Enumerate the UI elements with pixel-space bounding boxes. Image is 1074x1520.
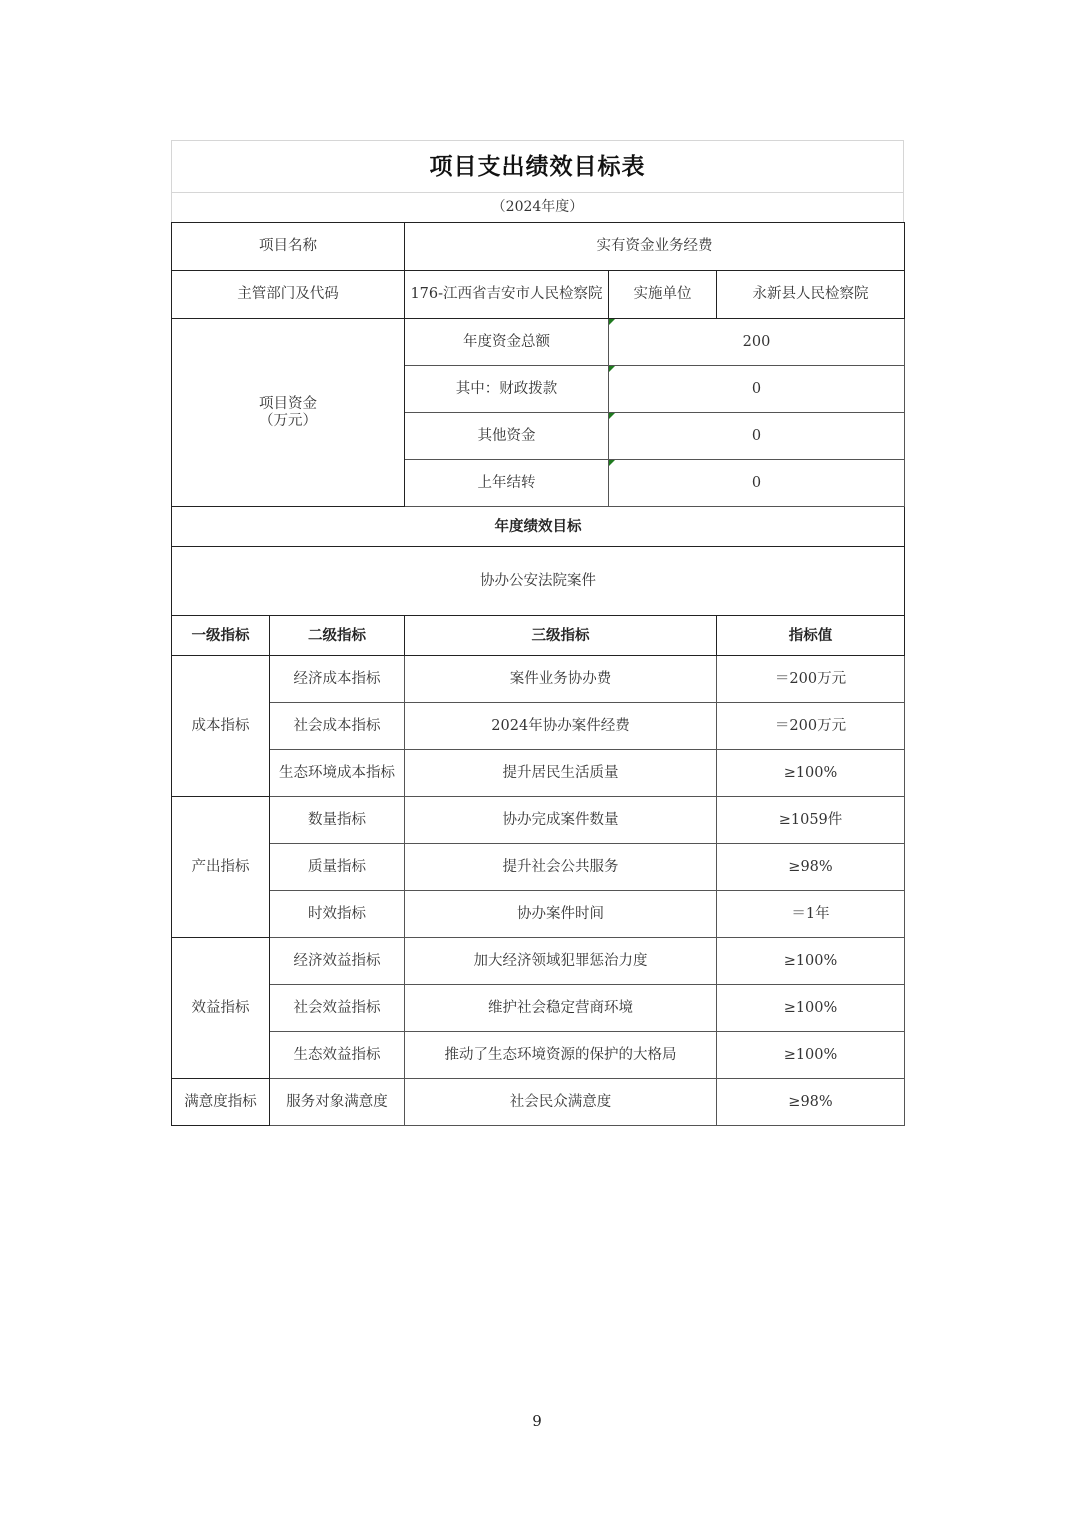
level1-satisfaction: 满意度指标	[172, 1079, 270, 1126]
level3-cell: 推动了生态环境资源的保护的大格局	[405, 1032, 717, 1079]
level2-cell: 经济成本指标	[270, 656, 405, 703]
level2-cell: 社会效益指标	[270, 985, 405, 1032]
value-cell: ≥98%	[717, 1079, 905, 1126]
project-info-table: 项目名称 实有资金业务经费 主管部门及代码 176-江西省吉安市人民检察院 实施…	[171, 222, 905, 616]
indicators-header-row: 一级指标 二级指标 三级指标 指标值	[172, 616, 905, 656]
document-title: 项目支出绩效目标表	[172, 141, 903, 193]
funds-item-label: 其中：财政拨款	[405, 366, 609, 413]
level2-cell: 时效指标	[270, 891, 405, 938]
level2-cell: 社会成本指标	[270, 703, 405, 750]
goal-header: 年度绩效目标	[172, 507, 905, 547]
department-value: 176-江西省吉安市人民检察院	[405, 271, 609, 319]
level3-cell: 2024年协办案件经费	[405, 703, 717, 750]
table-row: 社会效益指标 维护社会稳定营商环境 ≥100%	[172, 985, 905, 1032]
table-row: 时效指标 协办案件时间 ＝1年	[172, 891, 905, 938]
level2-cell: 质量指标	[270, 844, 405, 891]
project-name-row: 项目名称 实有资金业务经费	[172, 223, 905, 271]
table-row: 质量指标 提升社会公共服务 ≥98%	[172, 844, 905, 891]
funds-unit-text: （万元）	[176, 413, 400, 430]
funds-row-total: 项目资金 （万元） 年度资金总额 200	[172, 319, 905, 366]
funds-item-value: 0	[609, 460, 905, 507]
value-cell: ≥98%	[717, 844, 905, 891]
value-cell: ≥100%	[717, 938, 905, 985]
table-row: 生态环境成本指标 提升居民生活质量 ≥100%	[172, 750, 905, 797]
header-level2: 二级指标	[270, 616, 405, 656]
department-label: 主管部门及代码	[172, 271, 405, 319]
funds-item-label: 年度资金总额	[405, 319, 609, 366]
table-row: 效益指标 经济效益指标 加大经济领域犯罪惩治力度 ≥100%	[172, 938, 905, 985]
header-level1: 一级指标	[172, 616, 270, 656]
implementer-label: 实施单位	[609, 271, 717, 319]
value-cell: ≥100%	[717, 750, 905, 797]
fiscal-year: （2024年度）	[172, 193, 903, 222]
level1-benefit: 效益指标	[172, 938, 270, 1079]
title-block: 项目支出绩效目标表 （2024年度）	[171, 140, 904, 222]
level3-cell: 协办完成案件数量	[405, 797, 717, 844]
level3-cell: 加大经济领域犯罪惩治力度	[405, 938, 717, 985]
level3-cell: 维护社会稳定营商环境	[405, 985, 717, 1032]
level3-cell: 社会民众满意度	[405, 1079, 717, 1126]
department-row: 主管部门及代码 176-江西省吉安市人民检察院 实施单位 永新县人民检察院	[172, 271, 905, 319]
level1-output: 产出指标	[172, 797, 270, 938]
header-value: 指标值	[717, 616, 905, 656]
level3-cell: 协办案件时间	[405, 891, 717, 938]
header-level3: 三级指标	[405, 616, 717, 656]
goal-text-row: 协办公安法院案件	[172, 547, 905, 616]
funds-label: 项目资金 （万元）	[172, 319, 405, 507]
table-row: 生态效益指标 推动了生态环境资源的保护的大格局 ≥100%	[172, 1032, 905, 1079]
project-name-label: 项目名称	[172, 223, 405, 271]
funds-item-value: 200	[609, 319, 905, 366]
table-row: 产出指标 数量指标 协办完成案件数量 ≥1059件	[172, 797, 905, 844]
page-number: 9	[0, 1412, 1074, 1430]
funds-label-text: 项目资金	[176, 396, 400, 413]
table-row: 成本指标 经济成本指标 案件业务协办费 ＝200万元	[172, 656, 905, 703]
performance-target-sheet: 项目支出绩效目标表 （2024年度） 项目名称 实有资金业务经费 主管部门及代码…	[171, 140, 904, 1126]
level3-cell: 提升社会公共服务	[405, 844, 717, 891]
project-name-value: 实有资金业务经费	[405, 223, 905, 271]
level2-cell: 服务对象满意度	[270, 1079, 405, 1126]
value-cell: ＝200万元	[717, 703, 905, 750]
value-cell: ≥1059件	[717, 797, 905, 844]
goal-text: 协办公安法院案件	[172, 547, 905, 616]
goal-header-row: 年度绩效目标	[172, 507, 905, 547]
implementer-value: 永新县人民检察院	[717, 271, 905, 319]
level3-cell: 案件业务协办费	[405, 656, 717, 703]
level2-cell: 生态效益指标	[270, 1032, 405, 1079]
value-cell: ＝200万元	[717, 656, 905, 703]
document-page: 项目支出绩效目标表 （2024年度） 项目名称 实有资金业务经费 主管部门及代码…	[0, 0, 1074, 1520]
value-cell: ＝1年	[717, 891, 905, 938]
funds-item-label: 上年结转	[405, 460, 609, 507]
level2-cell: 生态环境成本指标	[270, 750, 405, 797]
funds-item-label: 其他资金	[405, 413, 609, 460]
value-cell: ≥100%	[717, 985, 905, 1032]
level2-cell: 数量指标	[270, 797, 405, 844]
level2-cell: 经济效益指标	[270, 938, 405, 985]
funds-item-value: 0	[609, 366, 905, 413]
table-row: 满意度指标 服务对象满意度 社会民众满意度 ≥98%	[172, 1079, 905, 1126]
value-cell: ≥100%	[717, 1032, 905, 1079]
level3-cell: 提升居民生活质量	[405, 750, 717, 797]
indicators-table: 一级指标 二级指标 三级指标 指标值 成本指标 经济成本指标 案件业务协办费 ＝…	[171, 615, 905, 1126]
funds-item-value: 0	[609, 413, 905, 460]
level1-cost: 成本指标	[172, 656, 270, 797]
table-row: 社会成本指标 2024年协办案件经费 ＝200万元	[172, 703, 905, 750]
